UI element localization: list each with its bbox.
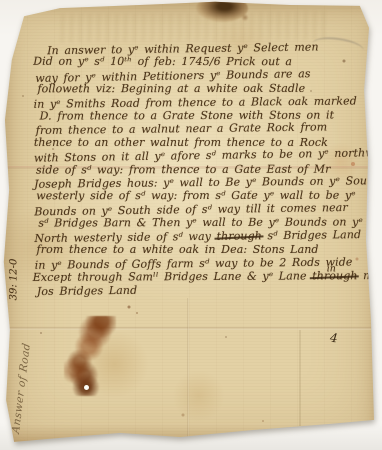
manuscript-segment: Jos Bridges Land bbox=[37, 284, 138, 298]
manuscript-text: In answer to yᵉ within Request yᵉ Select… bbox=[33, 41, 371, 298]
fold-crease-vertical-right bbox=[299, 330, 301, 426]
manuscript-segment: from thence to a walnut near a Grate Roc… bbox=[36, 121, 328, 138]
fold-crease-horizontal-lower bbox=[0, 327, 382, 330]
manuscript-line: Jos Bridges Land bbox=[37, 281, 371, 298]
page-mark: 4 bbox=[329, 331, 338, 346]
docket-note: Answer of Road bbox=[10, 323, 35, 435]
foxing-speckles bbox=[0, 0, 2, 2]
manuscript-segment: followeth viz: Begining at a white oak S… bbox=[37, 82, 305, 95]
fold-crease-vertical-center bbox=[187, 298, 189, 444]
manuscript-segment: from thence to a white oak in Dea: Stons… bbox=[37, 243, 319, 256]
manuscript-paper: In answer to yᵉ within Request yᵉ Select… bbox=[0, 0, 382, 450]
manuscript-segment: sᵈ Bridges Land bbox=[262, 228, 361, 242]
inserted-word-above: in bbox=[327, 262, 336, 275]
ink-showthrough bbox=[55, 12, 325, 43]
pinhole bbox=[84, 385, 89, 390]
manuscript-segment: Did on yᵉ sᵈ 10ᵗʰ of feb: 1745/6 Prick o… bbox=[33, 55, 292, 68]
struck-word: through bbox=[217, 229, 262, 243]
margin-note-vertical: 39: 12-0 bbox=[9, 250, 20, 310]
manuscript-scan: In answer to yᵉ within Request yᵉ Select… bbox=[0, 0, 382, 450]
paper-shadow-wrap: In answer to yᵉ within Request yᵉ Select… bbox=[0, 0, 382, 450]
brown-streak-stain bbox=[64, 316, 116, 396]
manuscript-line: from thence to a white oak in Dea: Stons… bbox=[37, 243, 371, 256]
